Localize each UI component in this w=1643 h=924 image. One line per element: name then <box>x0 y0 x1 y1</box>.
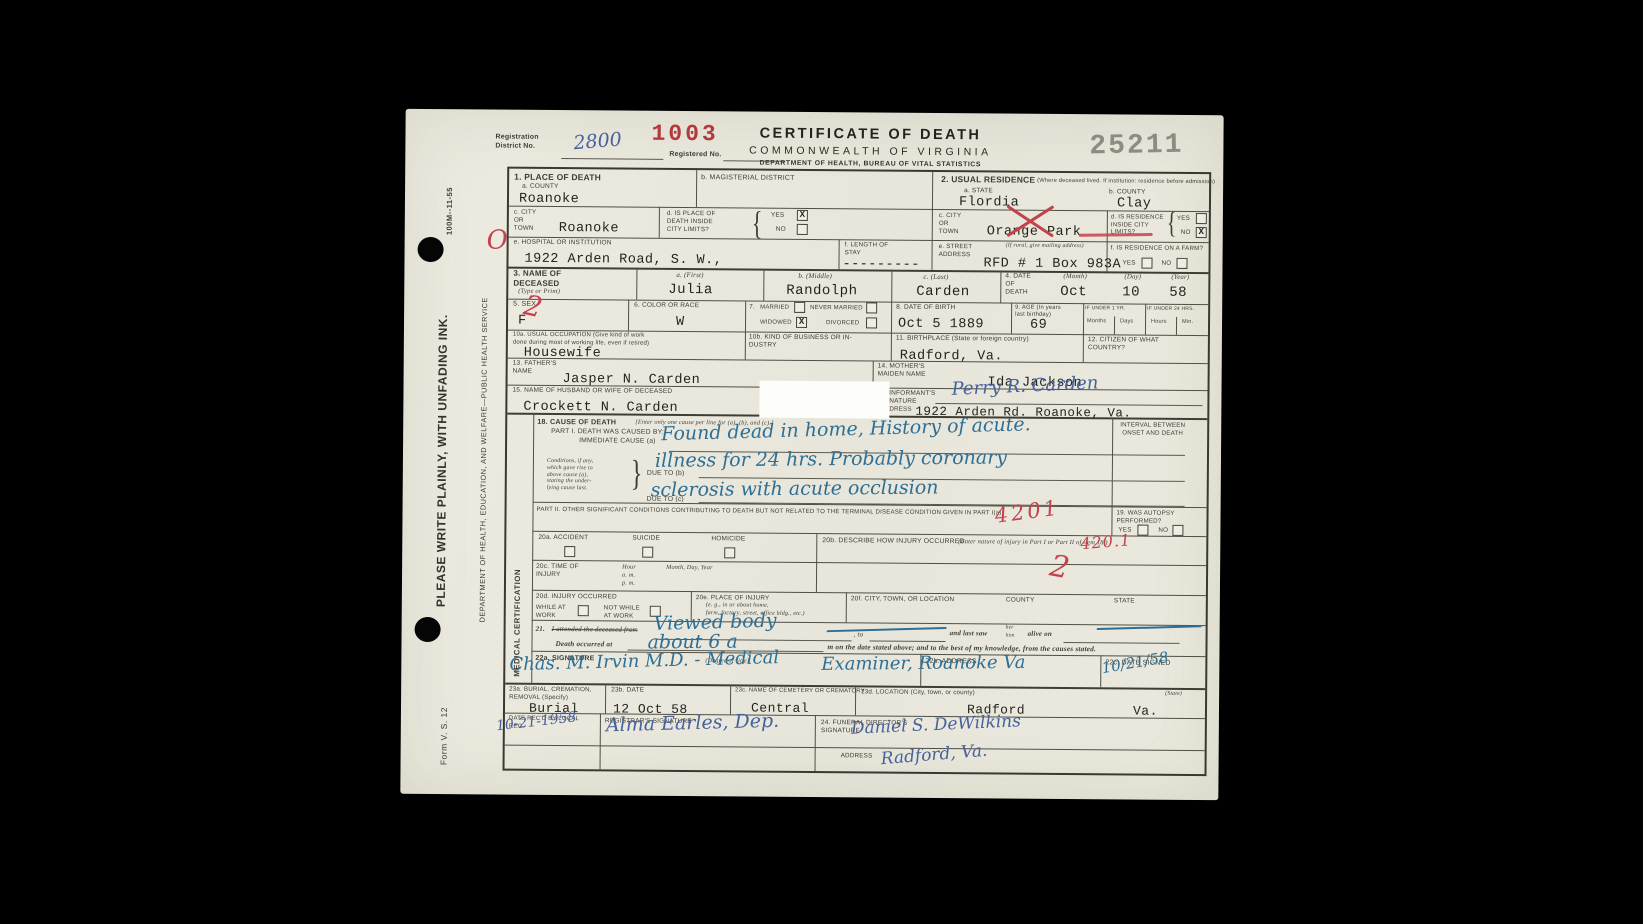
serial-number-stamp: 25211 <box>1089 130 1184 163</box>
brace-glyph: { <box>1167 207 1177 242</box>
homicide-label: HOMICIDE <box>711 535 745 543</box>
funeral-address-label: ADDRESS <box>841 752 873 760</box>
write-plainly-note: PLEASE WRITE PLAINLY, WITH UNFADING INK. <box>434 277 451 607</box>
interval-label: INTERVAL BETWEEN ONSET AND DEATH <box>1120 421 1185 437</box>
divider <box>1083 303 1084 362</box>
death-certificate: 100M--11-55 PLEASE WRITE PLAINLY, WITH U… <box>400 109 1223 800</box>
month-label: (Month) <box>1063 273 1087 282</box>
no-label: NO <box>1161 260 1171 268</box>
first-name-label: a. (First) <box>676 271 703 280</box>
not-while-at-work-label: NOT WHILE AT WORK <box>604 604 640 620</box>
hospital-value: 1922 Arden Road, S. W., <box>524 253 722 268</box>
punch-hole-bottom <box>415 617 441 642</box>
death-month-value: Oct <box>1060 285 1087 299</box>
examiner-address-handwritten: Examiner, Roanoke Va <box>821 652 1025 675</box>
red-circle-mark: O <box>486 225 509 256</box>
widowed-label: WIDOWED <box>760 320 792 328</box>
mother-name-label: 14. MOTHER'S MAIDEN NAME <box>878 363 926 380</box>
days-label: Days <box>1120 318 1133 325</box>
date-of-birth-label: 8. DATE OF BIRTH <box>896 304 955 313</box>
death-day-value: 10 <box>1122 285 1140 299</box>
divider <box>600 713 601 769</box>
industry-label: 10b. KIND OF BUSINESS OR IN- DUSTRY <box>749 334 852 351</box>
street-address-label: e. STREET ADDRESS <box>939 243 973 259</box>
if-under-1yr-label: IF UNDER 1 YR. <box>1085 305 1125 312</box>
registration-district-value-handwritten: 2800 <box>573 128 623 154</box>
divider <box>628 300 629 331</box>
name-of-deceased-label: 3. NAME OF DECEASED <box>513 269 561 289</box>
date-of-death-label: 4. DATE OF DEATH <box>1005 273 1031 298</box>
hours-label: Hours <box>1151 319 1167 326</box>
to-label: , to <box>854 630 864 639</box>
autopsy-label: 19. WAS AUTOPSY PERFORMED? <box>1116 509 1174 525</box>
commonwealth-subtitle: COMMONWEALTH OF VIRGINIA <box>735 144 1005 158</box>
time-of-injury-label: 20c. TIME OF INJURY <box>536 563 579 580</box>
divorced-label: DIVORCED <box>826 320 859 328</box>
never-married-label: NEVER MARRIED <box>810 305 863 313</box>
print-code: 100M--11-55 <box>445 145 455 235</box>
hour-ampm-label: Hour a. m. p. m. <box>622 564 636 587</box>
divider <box>696 170 697 207</box>
middle-name-value: Randolph <box>786 284 857 299</box>
conditions-note: Conditions, if any, which gave rise to a… <box>547 458 594 493</box>
race-value: W <box>676 316 685 330</box>
checkbox-accident <box>564 546 575 557</box>
divider <box>531 413 534 683</box>
divider <box>508 299 1208 305</box>
part2-label: PART II. OTHER SIGNIFICANT CONDITIONS CO… <box>537 506 1002 517</box>
magisterial-district-label: b. MAGISTERIAL DISTRICT <box>701 174 794 183</box>
red-code-4201-alt: 420.1 <box>1080 530 1132 553</box>
yes-label: YES <box>1177 215 1190 223</box>
marital-number-label: 7. <box>749 304 755 312</box>
burial-type-label: 23a. BURIAL, CREMATION, REMOVAL (Specify… <box>509 686 592 702</box>
registered-no-label: Registered No. <box>669 151 721 160</box>
no-label: NO <box>1181 229 1191 237</box>
checkbox-suicide <box>642 547 653 558</box>
divider <box>659 207 660 238</box>
divider <box>815 715 816 771</box>
checkbox-while-at-work <box>578 605 589 616</box>
him-label: him <box>1006 633 1015 640</box>
divider <box>1145 304 1146 335</box>
checkbox-married <box>794 302 805 313</box>
part1-label: PART I. DEATH WAS CAUSED BY: <box>551 428 664 437</box>
her-label: her <box>1006 625 1014 632</box>
divider <box>1111 417 1113 535</box>
divider <box>1011 303 1012 334</box>
hospital-label: e. HOSPITAL OR INSTITUTION <box>514 239 612 248</box>
page-title: CERTIFICATE OF DEATH <box>735 125 1005 143</box>
no-label: NO <box>1158 527 1168 535</box>
occupation-value: Housewife <box>524 347 602 361</box>
months-label: Months <box>1087 318 1106 325</box>
checkbox-autopsy-no <box>1172 525 1183 536</box>
death-occurred-label: Death occurred at <box>555 640 612 649</box>
scan-background: 100M--11-55 PLEASE WRITE PLAINLY, WITH U… <box>0 0 1643 924</box>
checkbox-farm-no <box>1176 258 1187 269</box>
spouse-label: 15. NAME OF HUSBAND OR WIFE OF DECEASED <box>512 387 672 396</box>
divider <box>763 269 764 301</box>
checkbox-autopsy-yes <box>1137 525 1148 536</box>
color-or-race-label: 6. COLOR OR RACE <box>634 302 699 311</box>
checkbox-widowed: X <box>796 317 807 328</box>
length-of-stay-label: f. LENGTH OF STAY <box>845 241 889 257</box>
divider <box>846 592 847 622</box>
usual-residence-title: 2. USUAL RESIDENCE <box>941 174 1035 185</box>
divider <box>509 206 1209 212</box>
divider <box>508 358 1208 364</box>
cause-line-c-handwritten: sclerosis with acute occlusion <box>651 476 939 501</box>
divider <box>1176 317 1177 335</box>
birthplace-label: 11. BIRTHPLACE (State or foreign country… <box>896 335 1029 344</box>
burial-location-state-value: Va. <box>1133 705 1158 718</box>
min-label: Min. <box>1182 319 1193 326</box>
describe-injury-label: 20b. DESCRIBE HOW INJURY OCCURRED. <box>822 537 966 547</box>
suicide-label: SUICIDE <box>632 535 660 543</box>
injury-state-label: STATE <box>1114 597 1135 605</box>
injury-occurred-label: 20d. INJURY OCCURRED <box>536 593 617 602</box>
date-of-birth-value: Oct 5 1889 <box>898 318 984 332</box>
injury-city-label: 20f. CITY, TOWN, OR LOCATION <box>851 595 954 604</box>
form-grid: MEDICAL CERTIFICATION 1. PLACE OF DEATH … <box>503 167 1212 777</box>
county-label: a. COUNTY <box>522 183 559 191</box>
citizen-label: 12. CITIZEN OF WHAT COUNTRY? <box>1088 336 1159 353</box>
divider <box>745 300 746 359</box>
divider <box>605 683 606 713</box>
place-of-death-title: 1. PLACE OF DEATH <box>514 172 601 183</box>
cause-line-b-handwritten: illness for 24 hrs. Probably coronary <box>655 446 1007 471</box>
divider <box>891 270 893 361</box>
year-label: (Year) <box>1171 274 1189 283</box>
attended-struck-text: I attended the deceased from <box>552 625 638 634</box>
checkbox-divorced <box>866 317 877 328</box>
place-inside-limits-label: d. IS PLACE OF DEATH INSIDE CITY LIMITS? <box>667 210 716 234</box>
street-address-value: RFD # 1 Box 983A <box>983 257 1121 272</box>
cause-of-death-label: 18. CAUSE OF DEATH <box>537 417 616 427</box>
checkbox-homicide <box>724 547 735 558</box>
farm-label: f. IS RESIDENCE ON A FARM? <box>1111 244 1204 252</box>
brace-glyph: { <box>752 204 763 243</box>
last-saw-label: and last saw <box>950 629 988 638</box>
day-label: (Day) <box>1124 273 1141 282</box>
length-of-stay-value: --------- <box>842 258 920 272</box>
death-year-value: 58 <box>1169 286 1187 300</box>
divider <box>1114 316 1115 334</box>
checkbox-place-inside-no <box>797 224 808 235</box>
cemetery-label: 23c. NAME OF CEMETERY OR CREMATORY <box>735 687 865 695</box>
punch-hole-top <box>418 237 444 262</box>
checkbox-res-inside-no: X <box>1196 227 1207 238</box>
month-day-year-label: Month, Day, Year <box>666 564 713 572</box>
divider <box>730 684 731 714</box>
checkbox-never-married <box>866 302 877 313</box>
father-name-value: Jasper N. Carden <box>563 373 701 388</box>
divider <box>931 172 933 270</box>
alive-on-label: alive on <box>1028 630 1052 639</box>
while-at-work-label: WHILE AT WORK <box>536 604 566 620</box>
age-value: 69 <box>1030 319 1047 333</box>
spouse-value: Crockett N. Carden <box>523 401 678 416</box>
married-label: MARRIED <box>760 305 789 313</box>
title-block: CERTIFICATE OF DEATH COMMONWEALTH OF VIR… <box>735 125 1005 168</box>
res-city-label: c. CITY OR TOWN <box>939 212 962 236</box>
if-under-24hrs-label: IF UNDER 24 HRS. <box>1147 306 1194 313</box>
checkbox-mark: X <box>797 317 806 327</box>
checkbox-place-inside-yes: X <box>797 210 808 221</box>
divider <box>1000 270 1001 302</box>
checkbox-mark: X <box>798 210 807 220</box>
father-name-label: 13. FATHER'S NAME <box>513 360 557 377</box>
injury-county-label: COUNTY <box>1006 597 1035 605</box>
divider <box>505 745 1205 751</box>
immediate-cause-label: IMMEDIATE CAUSE (a) <box>579 437 656 446</box>
bureau-subtitle: DEPARTMENT OF HEALTH, BUREAU OF VITAL ST… <box>735 159 1005 168</box>
first-name-value: Julia <box>668 283 713 297</box>
checkbox-res-inside-yes <box>1196 213 1207 224</box>
checkbox-mark: X <box>1197 227 1206 237</box>
last-name-label: c. (Last) <box>923 273 948 282</box>
checkbox-farm-yes <box>1141 258 1152 269</box>
place-city-label: c. CITY OR TOWN <box>514 209 537 233</box>
form-number: Form V. S. 12 <box>439 681 450 765</box>
brace-glyph: } <box>631 455 643 496</box>
burial-state-note: (State) <box>1165 691 1182 698</box>
street-address-note: (If rural, give mailing address) <box>1006 243 1084 251</box>
place-county-value: Roanoke <box>519 193 579 207</box>
yes-label: YES <box>1122 259 1135 267</box>
department-vertical-label: DEPARTMENT OF HEALTH, EDUCATION, AND WEL… <box>478 267 490 622</box>
rule-line <box>561 158 663 160</box>
usual-residence-note: (Where deceased lived. If institution: r… <box>1037 178 1215 187</box>
registration-district-label: Registration District No. <box>495 134 538 152</box>
middle-name-label: b. (Middle) <box>798 272 832 281</box>
red-x-mark <box>1003 199 1058 239</box>
accident-label: 20a. ACCIDENT <box>538 534 588 543</box>
burial-location-label: 23d. LOCATION (City, town, or county) <box>861 688 975 697</box>
burial-date-label: 23b. DATE <box>611 686 644 694</box>
no-label: NO <box>776 226 786 234</box>
registrar-signature-handwritten: Alma Earles, Dep. <box>606 710 780 737</box>
residence-county-value: Clay <box>1117 197 1152 211</box>
divider <box>636 268 637 300</box>
divider <box>838 239 839 269</box>
item21-number: 21. <box>536 625 545 634</box>
file-number-stamp: 1003 <box>651 121 718 148</box>
medical-certification-vertical-label: MEDICAL CERTIFICATION <box>512 421 523 677</box>
yes-label: YES <box>771 212 785 220</box>
place-city-value: Roanoke <box>559 222 619 236</box>
last-name-value: Carden <box>916 285 970 299</box>
redaction-box <box>759 381 889 419</box>
